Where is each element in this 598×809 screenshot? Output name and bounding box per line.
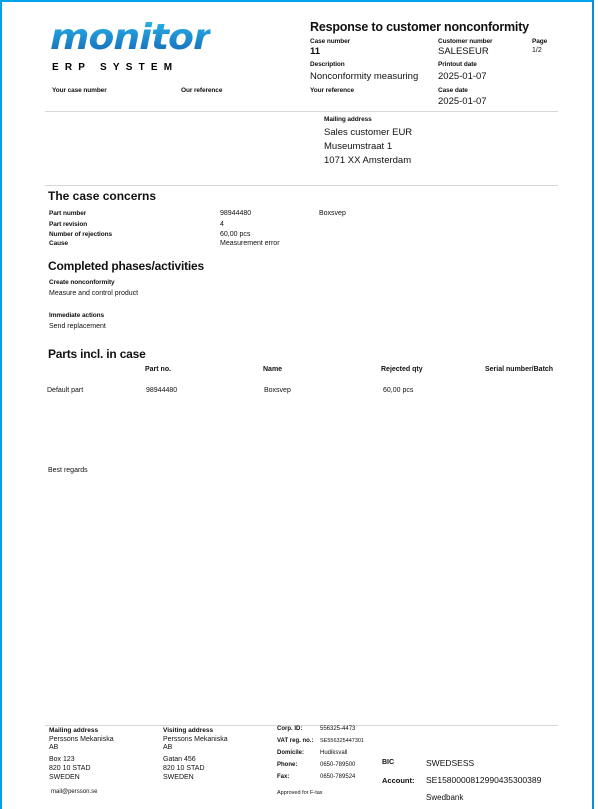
mailing-address-label: Mailing address — [324, 116, 372, 123]
fax: 0650-789524 — [320, 774, 355, 780]
footer-visiting-label: Visiting address — [163, 727, 213, 734]
case-field-label: Part number — [49, 210, 86, 217]
monitor-logo: monitor — [50, 20, 211, 56]
account-label: Account: — [382, 776, 415, 785]
parts-column-header: Serial number/Batch — [485, 366, 553, 373]
your-case-number-label: Your case number — [52, 87, 107, 94]
our-reference-label: Our reference — [181, 87, 222, 94]
case-field-value: 4 — [220, 221, 224, 228]
address-divider — [45, 185, 558, 186]
domicile: Hudiksvall — [320, 750, 347, 756]
description: Nonconformity measuring — [310, 71, 418, 82]
page-label: Page — [532, 38, 547, 45]
bic: SWEDSESS — [426, 758, 474, 768]
footer-visiting-line: SWEDEN — [163, 774, 194, 781]
phase-text: Send replacement — [49, 323, 106, 330]
part-type: Default part — [47, 387, 83, 394]
customer-number: SALESEUR — [438, 46, 489, 57]
footer-email-link[interactable]: mail@persson.se — [51, 789, 97, 795]
case-field-value: 98944480 — [220, 210, 251, 217]
footer-mailing-label: Mailing address — [49, 727, 98, 734]
parts-column-header: Rejected qty — [381, 366, 423, 373]
domicile-label: Domicile: — [277, 750, 304, 756]
printout-date: 2025-01-07 — [438, 71, 487, 82]
corp-id: 556325-4473 — [320, 726, 355, 732]
phase-label: Immediate actions — [49, 312, 104, 319]
case-field-label: Cause — [49, 240, 68, 247]
case-number-label: Case number — [310, 38, 350, 45]
footer-mailing-line: Perssons Mekaniska — [49, 736, 114, 743]
footer-mailing-line: SWEDEN — [49, 774, 80, 781]
phone-label: Phone: — [277, 762, 297, 768]
case-field-label: Number of rejections — [49, 231, 112, 238]
mailing-line: Sales customer EUR — [324, 127, 412, 138]
case-field-value: 60,00 pcs — [220, 231, 250, 238]
footer-mailing-line: Box 123 — [49, 756, 75, 763]
document-title: Response to customer nonconformity — [310, 20, 529, 34]
footer-visiting-line: Gatan 456 — [163, 756, 196, 763]
printout-date-label: Printout date — [438, 61, 477, 68]
page-number: 1/2 — [532, 47, 542, 54]
case-date-label: Case date — [438, 87, 468, 94]
corp-id-label: Corp. ID: — [277, 726, 302, 732]
case-field-value: Measurement error — [220, 240, 280, 247]
footer-visiting-line: Perssons Mekaniska — [163, 736, 228, 743]
f-tax-note: Approved for F-tax — [277, 790, 323, 796]
account-number: SE1580000812990435300389 — [426, 775, 541, 785]
vat-label: VAT reg. no.: — [277, 738, 313, 744]
footer-mailing-line: AB — [49, 744, 58, 751]
case-field-label: Part revision — [49, 221, 87, 228]
description-label: Description — [310, 61, 345, 68]
phase-label: Create nonconformity — [49, 279, 115, 286]
case-concerns-title: The case concerns — [48, 189, 156, 203]
footer-visiting-line: AB — [163, 744, 172, 751]
footer-mailing-line: 820 10 STAD — [49, 765, 91, 772]
part-number: 98944480 — [146, 387, 177, 394]
customer-number-label: Customer number — [438, 38, 492, 45]
part-name: Boxsvep — [264, 387, 291, 394]
case-date: 2025-01-07 — [438, 96, 487, 107]
case-field-extra: Boxsvep — [319, 210, 346, 217]
phone: 0650-789500 — [320, 762, 355, 768]
rejected-qty: 60,00 pcs — [383, 387, 413, 394]
header-divider — [45, 111, 558, 112]
phases-title: Completed phases/activities — [48, 259, 204, 273]
bank-name: Swedbank — [426, 793, 463, 802]
parts-column-header: Part no. — [145, 366, 171, 373]
closing-text: Best regards — [48, 467, 88, 474]
fax-label: Fax: — [277, 774, 289, 780]
mailing-line: 1071 XX Amsterdam — [324, 155, 411, 166]
parts-column-header: Name — [263, 366, 282, 373]
logo-subtitle: ERP SYSTEM — [52, 62, 178, 73]
mailing-line: Museumstraat 1 — [324, 141, 392, 152]
parts-title: Parts incl. in case — [48, 347, 146, 361]
footer-visiting-line: 820 10 STAD — [163, 765, 205, 772]
case-number: 11 — [310, 46, 320, 57]
phase-text: Measure and control product — [49, 290, 138, 297]
your-reference-label: Your reference — [310, 87, 354, 94]
vat-number: SE556325447301 — [320, 738, 364, 744]
bic-label: BIC — [382, 759, 394, 766]
page-frame — [0, 0, 594, 809]
